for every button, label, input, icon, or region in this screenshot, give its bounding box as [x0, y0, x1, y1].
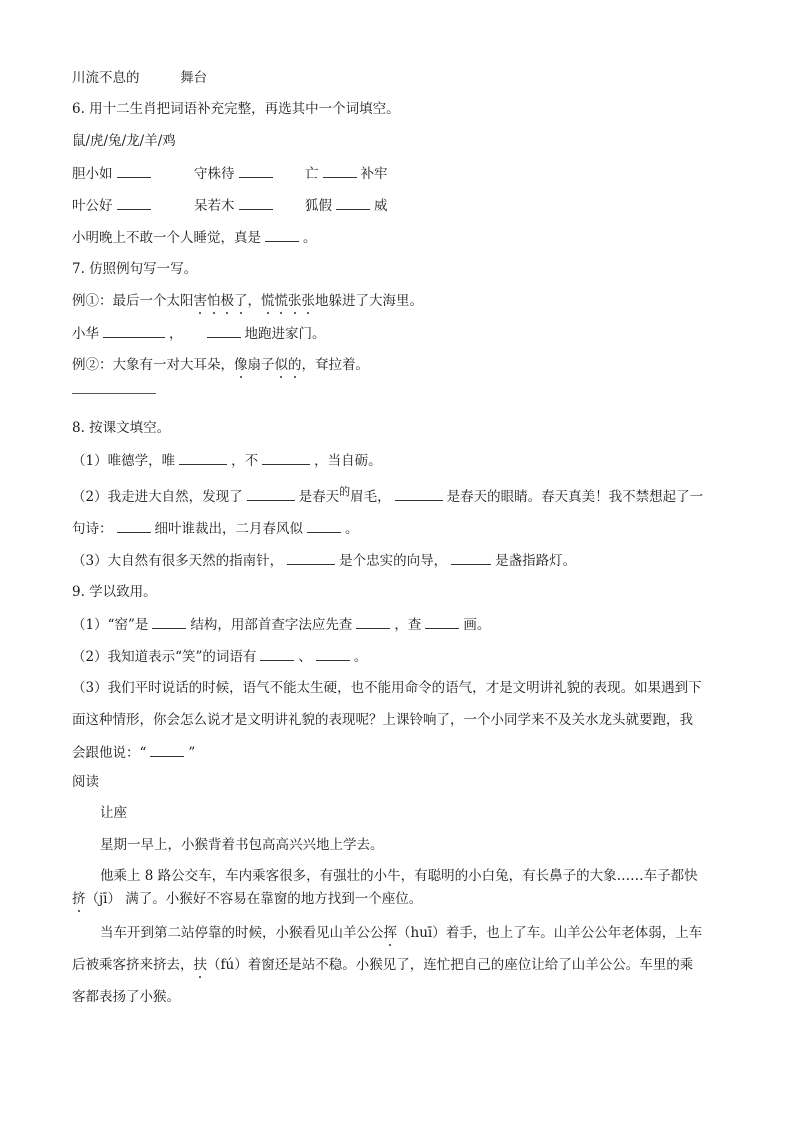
- blank-input[interactable]: [207, 323, 241, 338]
- reading-paragraph-2-line2: 挤（jī） 满了。小猴好不容易在靠窗的地方找到一个座位。: [72, 889, 422, 909]
- item-text: 句诗：: [72, 521, 113, 537]
- q8-item1: （1）唯德学，唯，不，当自砺。: [72, 450, 382, 471]
- top-line: 川流不息的 舞台: [72, 68, 207, 88]
- blank-input[interactable]: [152, 614, 186, 629]
- q7-example1: 例①：最后一个太阳害怕极了，慌慌张张地躲进了大海里。: [72, 291, 423, 311]
- item-text: 是春天的眼睛。春天真美！我不禁想起了一: [447, 489, 704, 505]
- blank-input[interactable]: [239, 195, 273, 210]
- blank-input[interactable]: [117, 163, 151, 178]
- blank-input[interactable]: [179, 450, 227, 465]
- reading-text: （huī）着手，也上了车。山羊公公年老体弱，上车: [397, 925, 702, 941]
- example-text: 地躲进了大海里。: [315, 293, 423, 309]
- item-text: ”: [188, 745, 195, 761]
- item-text: （1）唯德学，唯: [72, 453, 175, 469]
- reading-text: 当车开到第二站停靠的时候，小猴看见山羊公公: [100, 925, 384, 941]
- q7-title: 7. 仿照例句写一写。: [72, 259, 197, 279]
- emphasized-char: 慌: [261, 293, 275, 309]
- superscript-char: 的: [339, 485, 350, 498]
- reading-section-label: 阅读: [72, 772, 99, 792]
- item-text: 细叶谁裁出，二月春风似: [155, 521, 304, 537]
- blank-input[interactable]: [287, 550, 335, 565]
- blank-input[interactable]: [262, 450, 310, 465]
- blank-input[interactable]: [395, 486, 443, 501]
- emphasized-char: 张: [302, 293, 316, 309]
- idiom-text: 狐假: [305, 198, 332, 214]
- sentence-text: 。: [303, 230, 317, 246]
- word-left: 川流不息的: [72, 70, 140, 86]
- item-text: 、: [298, 649, 312, 665]
- emphasized-char: 像: [234, 357, 248, 373]
- item-text: 结构，用部首查字法应先查: [190, 617, 352, 633]
- reading-paragraph-1: 星期一早上，小猴背着书包高高兴兴地上学去。: [100, 835, 384, 855]
- q9-item3-line2: 面这种情形，你会怎么说才是文明讲礼貌的表现呢？上课铃响了，一个小同学来不及关水龙…: [72, 710, 693, 730]
- reading-text: （jī） 满了。小猴好不容易在靠窗的地方找到一个座位。: [86, 891, 423, 907]
- item-text: 会跟他说：“: [72, 745, 146, 761]
- q9-item1: （1）“窑”是结构，用部首查字法应先查，查画。: [72, 614, 490, 635]
- item-text: 是个忠实的向导，: [339, 553, 447, 569]
- idiom-text: 补牢: [361, 166, 388, 182]
- q9-item3-line1: （3）我们平时说话的时候，语气不能太生硬，也不能用命令的语气，才是文明讲礼貌的表…: [72, 678, 702, 698]
- item-text: ，不: [231, 453, 258, 469]
- q6-row2: 叶公好呆若木狐假威: [72, 195, 388, 216]
- reading-title: 让座: [100, 803, 127, 823]
- item-text: 是盏指路灯。: [495, 553, 576, 569]
- q6-options: 鼠/虎/兔/龙/羊/鸡: [72, 131, 176, 151]
- blank-input[interactable]: [117, 518, 151, 533]
- emphasized-char: 了: [234, 293, 248, 309]
- reading-text: 后被乘客挤来挤去，: [72, 957, 194, 973]
- idiom-text: 叶公好: [72, 198, 113, 214]
- item-text: ，查: [394, 617, 421, 633]
- emphasized-char: 害: [194, 293, 208, 309]
- blank-input[interactable]: [307, 518, 341, 533]
- answer-line-input[interactable]: [72, 393, 156, 394]
- q8-item2-line1: （2）我走进大自然，发现了是春天的眉毛，是春天的眼睛。春天真美！我不禁想起了一: [72, 486, 703, 508]
- q9-item3-line3: 会跟他说：“”: [72, 742, 195, 763]
- fill-text: 小华: [72, 326, 99, 342]
- reading-paragraph-3-line2: 后被乘客挤来挤去，扶（fú）着窗还是站不稳。小猴见了，连忙把自己的座位让给了山羊…: [72, 955, 693, 975]
- fill-text: 地跑进家门。: [245, 326, 326, 342]
- idiom-text: 威: [374, 198, 388, 214]
- fill-text: ，: [169, 326, 183, 342]
- blank-input[interactable]: [260, 646, 294, 661]
- reading-text: （fú）着窗还是站不稳。小猴见了，连忙把自己的座位让给了山羊公公。车里的乘: [207, 957, 693, 973]
- emphasized-char: 扶: [194, 957, 208, 973]
- blank-input[interactable]: [117, 195, 151, 210]
- item-text: 眉毛，: [350, 489, 391, 505]
- example-text: ，耷拉着。: [302, 357, 370, 373]
- sentence-text: 小明晚上不敢一个人睡觉，真是: [72, 230, 261, 246]
- q9-title: 9. 学以致用。: [72, 582, 157, 602]
- blank-input[interactable]: [323, 163, 357, 178]
- blank-input[interactable]: [336, 195, 370, 210]
- q6-row1: 胆小如守株待亡补牢: [72, 163, 388, 184]
- item-text: （2）我走进大自然，发现了: [72, 489, 243, 505]
- blank-input[interactable]: [316, 646, 350, 661]
- q6-title: 6. 用十二生肖把词语补充完整，再选其中一个词填空。: [72, 99, 400, 119]
- blank-input[interactable]: [425, 614, 459, 629]
- idiom-text: 亡: [305, 166, 319, 182]
- item-text: （3）大自然有很多天然的指南针，: [72, 553, 283, 569]
- example-label: 例②：: [72, 357, 113, 373]
- emphasized-char: 的: [288, 357, 302, 373]
- idiom-text: 胆小如: [72, 166, 113, 182]
- q7-example2: 例②：大象有一对大耳朵，像扇子似的，耷拉着。: [72, 355, 369, 375]
- q7-fill1: 小华，地跑进家门。: [72, 323, 326, 344]
- blank-input[interactable]: [103, 323, 165, 338]
- q9-item2: （2）我知道表示“笑”的词语有、。: [72, 646, 367, 667]
- q8-title: 8. 按课文填空。: [72, 418, 170, 438]
- emphasized-char: 怕: [207, 293, 221, 309]
- item-text: （1）“窑”是: [72, 617, 148, 633]
- item-text: ，当自砺。: [314, 453, 382, 469]
- example-text: ，: [248, 293, 262, 309]
- reading-paragraph-3-line1: 当车开到第二站停靠的时候，小猴看见山羊公公挥（huī）着手，也上了车。山羊公公年…: [100, 923, 702, 943]
- example-text: 扇子: [248, 357, 275, 373]
- blank-input[interactable]: [150, 742, 184, 757]
- item-text: （2）我知道表示“笑”的词语有: [72, 649, 256, 665]
- reading-paragraph-2-line1: 他乘上 8 路公交车，车内乘客很多，有强壮的小牛，有聪明的小白兔，有长鼻子的大象…: [100, 866, 698, 886]
- blank-input[interactable]: [451, 550, 491, 565]
- item-text: 。: [354, 649, 368, 665]
- blank-input[interactable]: [265, 227, 299, 242]
- reading-paragraph-3-line3: 客都表扬了小猴。: [72, 987, 180, 1007]
- emphasized-char: 极: [221, 293, 235, 309]
- emphasized-char: 挤: [72, 891, 86, 907]
- example-label: 例①：: [72, 293, 113, 309]
- q8-item2-line2: 句诗：细叶谁裁出，二月春风似。: [72, 518, 359, 539]
- blank-input[interactable]: [247, 486, 295, 501]
- idiom-text: 呆若木: [194, 198, 235, 214]
- example-text: 最后一个太阳: [113, 293, 194, 309]
- q6-sentence: 小明晚上不敢一个人睡觉，真是。: [72, 227, 317, 248]
- item-text: 是春天: [299, 489, 340, 505]
- q8-item3: （3）大自然有很多天然的指南针，是个忠实的向导，是盏指路灯。: [72, 550, 576, 571]
- word-right: 舞台: [180, 70, 207, 86]
- emphasized-char: 慌: [275, 293, 289, 309]
- item-text: 画。: [463, 617, 490, 633]
- example-text: 大象有一对大耳朵，: [113, 357, 235, 373]
- emphasized-char: 似: [275, 357, 289, 373]
- blank-input[interactable]: [239, 163, 273, 178]
- emphasized-char: 张: [288, 293, 302, 309]
- idiom-text: 守株待: [194, 166, 235, 182]
- item-text: 。: [345, 521, 359, 537]
- blank-input[interactable]: [356, 614, 390, 629]
- emphasized-char: 挥: [384, 925, 398, 941]
